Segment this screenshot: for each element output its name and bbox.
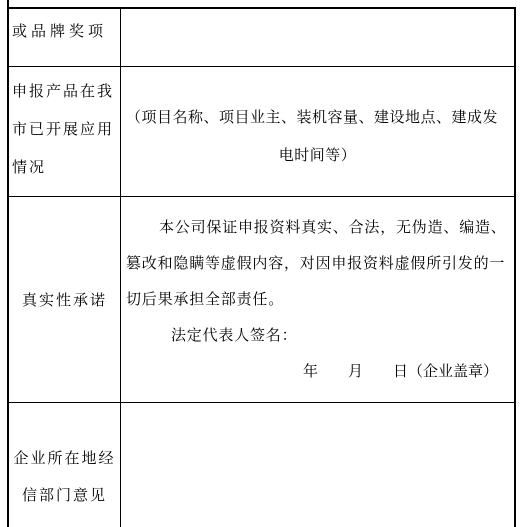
row-local-authority-opinion-content-cell-empty — [121, 403, 514, 527]
row-local-authority-opinion-label-cell: 企业所在地经 信部门意见 — [9, 403, 121, 527]
row-authenticity-commitment-label-cell: 真实性承诺 — [9, 197, 121, 403]
commitment-text-line: 篡改和隐瞒等虚假内容，对因申报资料虚假所引发的一 — [126, 246, 514, 282]
row-label-text: 真实性承诺 — [22, 289, 107, 310]
application-form-table: 或品牌奖项 申报产品在我 市已开展应用 情况 （项目名称、项目业主、装机容量、建… — [7, 7, 516, 527]
row-label-text: 或品牌奖项 — [12, 13, 120, 51]
row-label-text: 情况 — [12, 149, 120, 187]
content-hint-text: （项目名称、项目业主、装机容量、建设地点、建成发 — [121, 99, 514, 137]
row-brand-award-content-cell-empty — [121, 9, 514, 67]
content-hint-text: 电时间等） — [121, 137, 514, 175]
document-page: 或品牌奖项 申报产品在我 市已开展应用 情况 （项目名称、项目业主、装机容量、建… — [0, 0, 530, 527]
row-brand-award-label-cell: 或品牌奖项 — [9, 9, 121, 67]
row-label-text: 信部门意见 — [9, 478, 120, 515]
row-label-text: 企业所在地经 — [9, 441, 120, 478]
commitment-text-line: 本公司保证申报资料真实、合法，无伪造、编造、 — [126, 210, 514, 246]
date-and-company-seal-label: 年 月 日（企业盖章） — [126, 354, 514, 390]
legal-representative-signature-label: 法定代表人签名： — [126, 318, 514, 354]
table-border-continuation — [7, 0, 9, 7]
commitment-text-line: 切后果承担全部责任。 — [126, 282, 514, 318]
row-label-text: 市已开展应用 — [12, 111, 120, 149]
row-authenticity-commitment-content-cell: 本公司保证申报资料真实、合法，无伪造、编造、 篡改和隐瞒等虚假内容，对因申报资料… — [121, 197, 514, 403]
row-application-status-label-cell: 申报产品在我 市已开展应用 情况 — [9, 67, 121, 197]
row-application-status-content-cell: （项目名称、项目业主、装机容量、建设地点、建成发 电时间等） — [121, 67, 514, 197]
row-label-text: 申报产品在我 — [12, 73, 120, 111]
